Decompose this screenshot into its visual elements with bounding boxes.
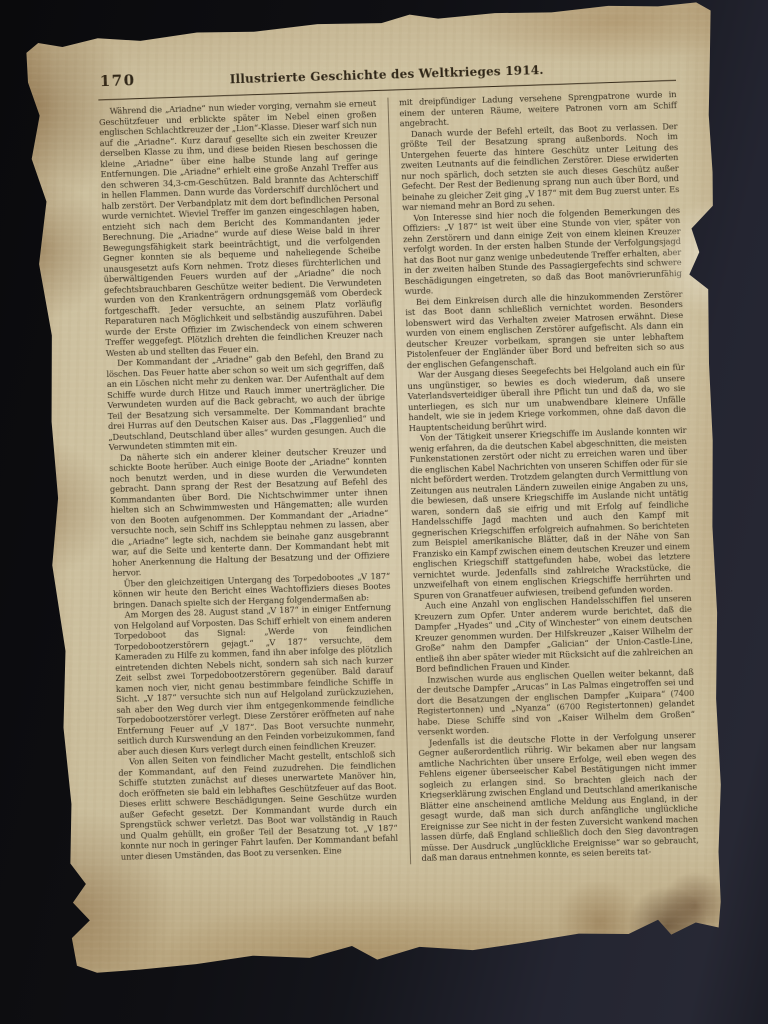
right-column: mit dreipfündiger Ladung versehene Spren… [399, 89, 699, 863]
paragraph: Da näherte sich ein anderer kleiner deut… [109, 444, 390, 578]
book-page: 170 Illustrierte Geschichte des Weltkrie… [12, 0, 750, 977]
running-title: Illustrierte Geschichte des Weltkrieges … [98, 59, 676, 90]
photo-background: 170 Illustrierte Geschichte des Weltkrie… [0, 0, 768, 1024]
paragraph: Von Interesse sind hier noch die folgend… [402, 205, 682, 297]
paragraph: Bei dem Einkreisen durch alle die hinzuk… [405, 288, 685, 370]
paragraph: Am Morgen des 28. August stand „V 187“ i… [113, 602, 395, 757]
text-columns: Während die „Ariadne“ nun wieder vorging… [99, 89, 699, 872]
paragraph: Während die „Ariadne“ nun wieder vorging… [99, 98, 384, 358]
paragraph: Inzwischen wurde aus englischen Quellen … [416, 666, 695, 737]
paragraph: Von allen Seiten von feindlicher Macht g… [118, 749, 398, 862]
paragraph: Auch eine Anzahl von englischen Handelss… [414, 593, 694, 675]
left-column: Während die „Ariadne“ nun wieder vorging… [99, 98, 411, 873]
page-content: 170 Illustrierte Geschichte des Weltkrie… [97, 51, 676, 98]
paragraph: Von der Tätigkeit unserer Kriegschiffe i… [409, 425, 691, 601]
paragraph: Jedenfalls ist die deutsche Flotte in de… [418, 729, 699, 863]
paragraph: War der Ausgang dieses Seegefechts bei H… [407, 362, 686, 433]
paragraph: Der Kommandant der „Ariadne“ gab den Bef… [106, 350, 386, 453]
paragraph: Danach wurde der Befehl erteilt, das Boo… [400, 121, 680, 213]
